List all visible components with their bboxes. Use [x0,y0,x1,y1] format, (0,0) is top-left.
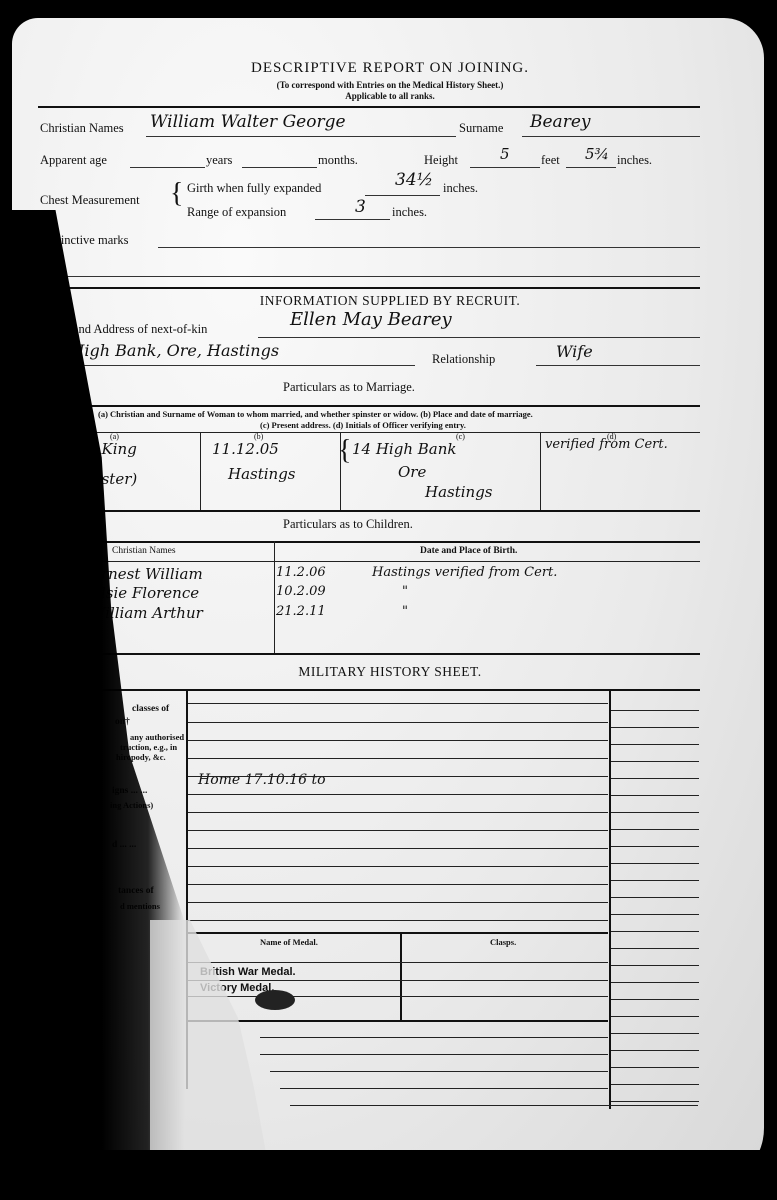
document-title: DESCRIPTIVE REPORT ON JOINING. [180,60,600,77]
mil-label: classes of [132,704,169,714]
divider [38,561,700,562]
verifying-officer[interactable]: verified from Cert. [545,437,668,452]
field-underline [315,219,390,220]
present-address-line2[interactable]: Ore [398,463,426,481]
document-applicability: Applicable to all ranks. [180,91,600,102]
recruit-info-title: INFORMATION SUPPLIED BY RECRUIT. [180,293,600,309]
marriage-date[interactable]: 11.12.05 [212,440,279,458]
ruled-line [188,866,608,867]
marriage-legend-line2: (c) Present address. (d) Initials of Off… [260,420,466,430]
ruled-line [280,1088,608,1089]
campaign-entry[interactable]: Home 17.10.16 to [198,772,326,788]
ruled-line [611,1050,699,1051]
field-underline [40,276,700,277]
ruled-line [611,1067,699,1068]
child-birth-date[interactable]: 21.2.11 [276,604,326,619]
months-label: months. [318,153,358,168]
column-divider [540,432,541,510]
child-birth-place[interactable]: Hastings verified from Cert. [372,565,557,580]
children-col-birth: Date and Place of Birth. [420,546,517,556]
ruled-line [188,884,608,885]
relationship-value[interactable]: Wife [556,342,593,361]
girth-unit: inches. [443,181,478,196]
scan-bottom-edge [0,1150,777,1200]
ruled-line [611,965,699,966]
divider [38,287,700,289]
marker-c: (c) [456,432,465,441]
ruled-line [611,727,699,728]
ruled-line [188,758,608,759]
age-months-field[interactable] [242,167,317,168]
children-title: Particulars as to Children. [283,517,413,532]
divider [38,432,700,433]
ruled-line [611,1101,699,1102]
ruled-line [611,744,699,745]
range-unit: inches. [392,205,427,220]
field-underline [40,365,415,366]
inches-label: inches. [617,153,652,168]
child-birth-place[interactable]: " [402,584,408,599]
girth-value[interactable]: 34½ [395,170,433,190]
ruled-line [611,778,699,779]
divider [38,106,700,108]
marriage-legend-line1: (a) Christian and Surname of Woman to wh… [98,409,533,419]
ruled-line [188,812,608,813]
field-underline [522,136,700,137]
present-address-line1[interactable]: 14 High Bank [352,440,456,458]
distinctive-marks-field[interactable] [158,247,700,248]
ruled-line [188,830,608,831]
ruled-line [611,880,699,881]
christian-names-label: Christian Names [40,121,124,136]
divider [38,405,700,407]
ruled-line [611,931,699,932]
document-subtitle: (To correspond with Entries on the Medic… [180,80,600,91]
apparent-age-label: Apparent age [40,153,107,168]
marriage-title: Particulars as to Marriage. [283,380,415,395]
chest-measurement-label: Chest Measurement [40,193,140,208]
range-label: Range of expansion [187,205,286,220]
marriage-place[interactable]: Hastings [228,465,296,483]
ruled-line [611,812,699,813]
ruled-line [188,722,608,723]
scan-top-edge [0,0,777,20]
field-underline [258,337,700,338]
years-label: years [206,153,232,168]
height-label: Height [424,153,458,168]
ruled-line [611,948,699,949]
ruled-line [260,1054,608,1055]
ruled-line [188,703,608,704]
ruled-line [188,776,608,777]
present-address-line3[interactable]: Hastings [425,483,493,501]
field-underline [365,195,440,196]
military-history-title: MILITARY HISTORY SHEET. [180,664,600,680]
ruled-line [611,761,699,762]
ruled-line [188,740,608,741]
ruled-line [611,710,699,711]
divider [38,653,700,655]
ruled-line [188,848,608,849]
column-divider [400,932,402,1020]
ruled-line [611,1084,699,1085]
ruled-line [188,980,608,981]
child-birth-place[interactable]: " [402,604,408,619]
age-years-field[interactable] [130,167,205,168]
ruled-line [260,1037,608,1038]
ruled-line [611,1016,699,1017]
medal-col-name: Name of Medal. [260,937,318,947]
ruled-line [188,962,608,963]
ruled-line [188,996,608,997]
ruled-line [188,920,608,921]
field-underline [566,167,616,168]
ruled-line [611,863,699,864]
girth-label: Girth when fully expanded [187,181,321,196]
brace-icon: { [170,180,183,220]
column-divider [274,541,275,653]
feet-label: feet [541,153,560,168]
divider [38,541,700,543]
ruled-line [611,829,699,830]
ruled-line [611,982,699,983]
column-divider [200,432,201,510]
ruled-line [611,1033,699,1034]
field-underline [146,136,456,137]
field-underline [536,365,700,366]
range-value[interactable]: 3 [355,197,366,217]
ruled-line [611,795,699,796]
surname-value[interactable]: Bearey [530,112,590,132]
ruled-line [290,1105,698,1106]
ruled-line [270,1071,608,1072]
ruled-line [611,846,699,847]
ruled-line [611,914,699,915]
height-inches-value[interactable]: 5¾ [585,145,609,163]
children-col-names: Christian Names [112,546,176,556]
ruled-line [611,999,699,1000]
brace-icon: { [338,437,351,465]
ink-blot [255,990,295,1010]
christian-names-value[interactable]: William Walter George [150,112,346,132]
ruled-line [188,902,608,903]
column-divider [609,689,611,1109]
child-birth-date[interactable]: 11.2.06 [276,565,326,580]
scan-right-edge [767,0,777,1200]
ruled-line [188,794,608,795]
mil-label: any authorised [130,732,184,742]
child-birth-date[interactable]: 10.2.09 [276,584,326,599]
divider [38,510,700,512]
next-of-kin-name[interactable]: Ellen May Bearey [290,309,452,330]
surname-label: Surname [459,121,503,136]
field-underline [470,167,540,168]
divider [188,932,608,934]
ruled-line [611,897,699,898]
relationship-label: Relationship [432,352,495,367]
medal-col-clasps: Clasps. [490,937,516,947]
height-feet-value[interactable]: 5 [500,145,510,163]
divider [188,1020,608,1022]
